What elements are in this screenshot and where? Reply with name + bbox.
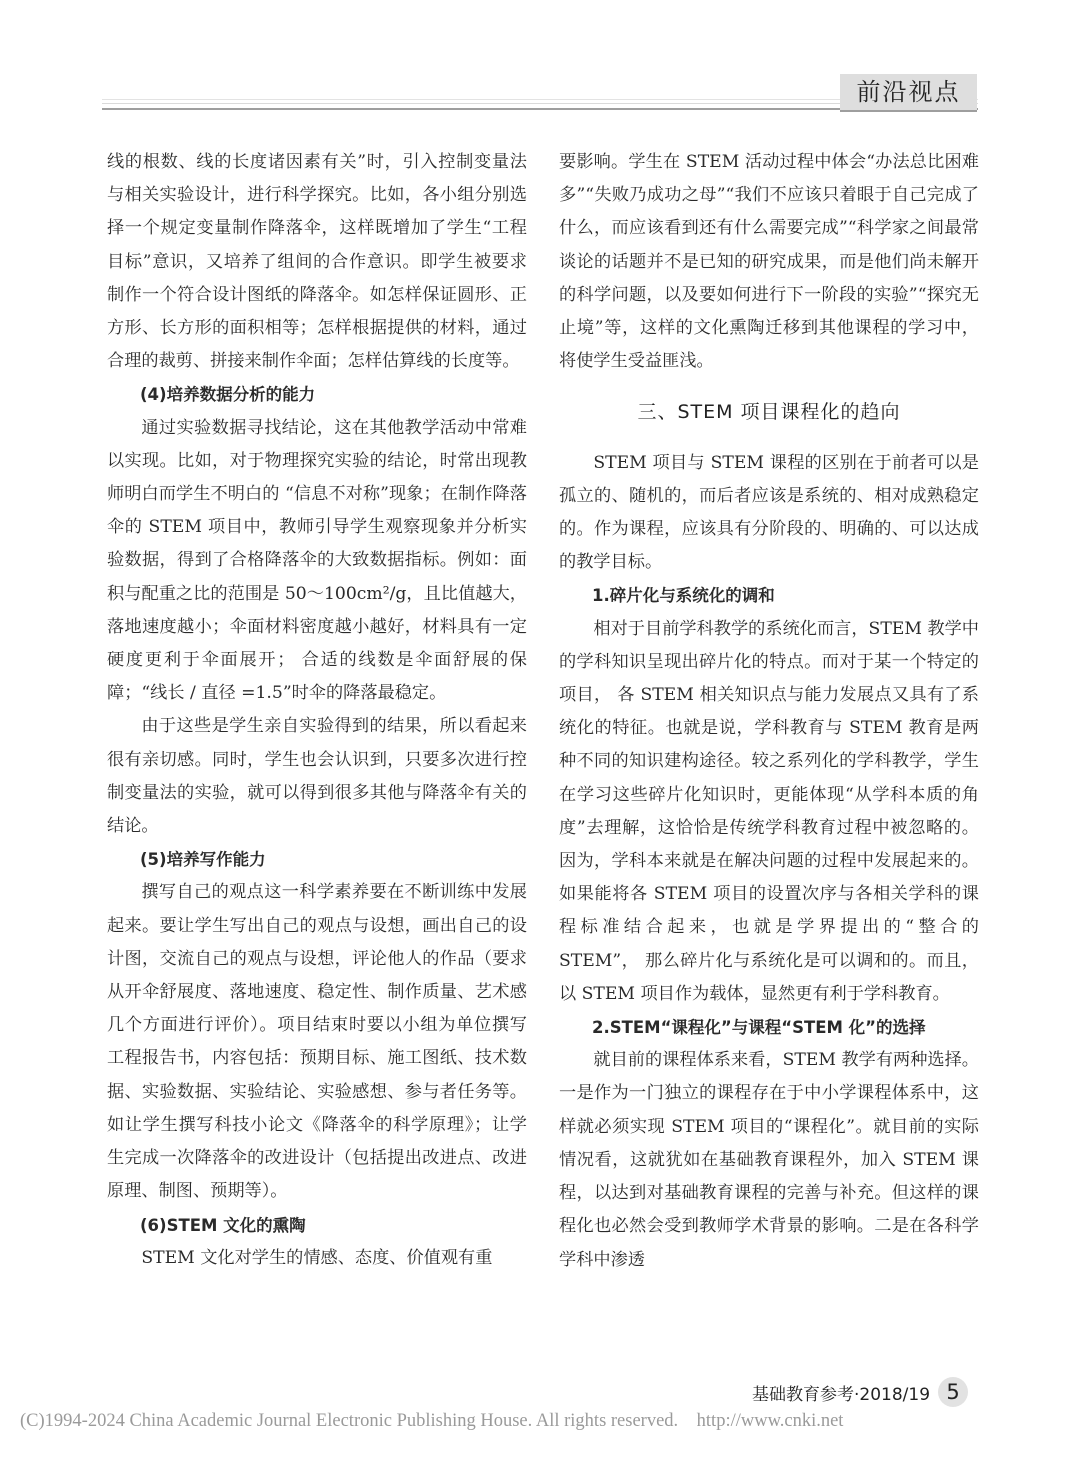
copyright-notice: (C)1994-2024 China Academic Journal Elec…	[20, 1411, 843, 1432]
paragraph: 通过实验数据寻找结论，这在其他教学活动中常难以实现。比如，对于物理探究实验的结论…	[107, 412, 527, 711]
subheading: (6)STEM 文化的熏陶	[107, 1209, 527, 1242]
paragraph: 要影响。学生在 STEM 活动过程中体会“办法总比困难多”“失败乃成功之母”“我…	[559, 146, 979, 378]
paragraph: 就目前的课程体系来看，STEM 教学有两种选择。一是作为一门独立的课程存在于中小…	[559, 1044, 979, 1276]
subheading: 2.STEM“课程化”与课程“STEM 化”的选择	[559, 1011, 979, 1044]
left-column: 线的根数、线的长度诸因素有关”时，引入控制变量法与相关实验设计，进行科学探究。比…	[107, 146, 527, 1275]
page-footer: 基础教育参考·2018/19 5	[752, 1377, 968, 1407]
journal-info: 基础教育参考·2018/19	[752, 1380, 930, 1405]
section-heading: 三、STEM 项目课程化的趋向	[559, 396, 979, 429]
paragraph: 相对于目前学科教学的系统化而言，STEM 教学中的学科知识呈现出碎片化的特点。而…	[559, 613, 979, 1011]
paragraph: 线的根数、线的长度诸因素有关”时，引入控制变量法与相关实验设计，进行科学探究。比…	[107, 146, 527, 378]
paragraph: 由于这些是学生亲自实验得到的结果，所以看起来很有亲切感。同时，学生也会认识到，只…	[107, 710, 527, 843]
section-tag: 前沿视点	[840, 74, 977, 112]
subheading: 1.碎片化与系统化的调和	[559, 579, 979, 612]
right-column: 要影响。学生在 STEM 活动过程中体会“办法总比困难多”“失败乃成功之母”“我…	[559, 146, 979, 1277]
paragraph: STEM 文化对学生的情感、态度、价值观有重	[107, 1242, 527, 1275]
subheading: (4)培养数据分析的能力	[107, 378, 527, 411]
paragraph: STEM 项目与 STEM 课程的区别在于前者可以是孤立的、随机的，而后者应该是…	[559, 447, 979, 580]
subheading: (5)培养写作能力	[107, 843, 527, 876]
paragraph: 撰写自己的观点这一科学素养要在不断训练中发展起来。要让学生写出自己的观点与设想，…	[107, 876, 527, 1208]
page-number: 5	[938, 1377, 968, 1407]
